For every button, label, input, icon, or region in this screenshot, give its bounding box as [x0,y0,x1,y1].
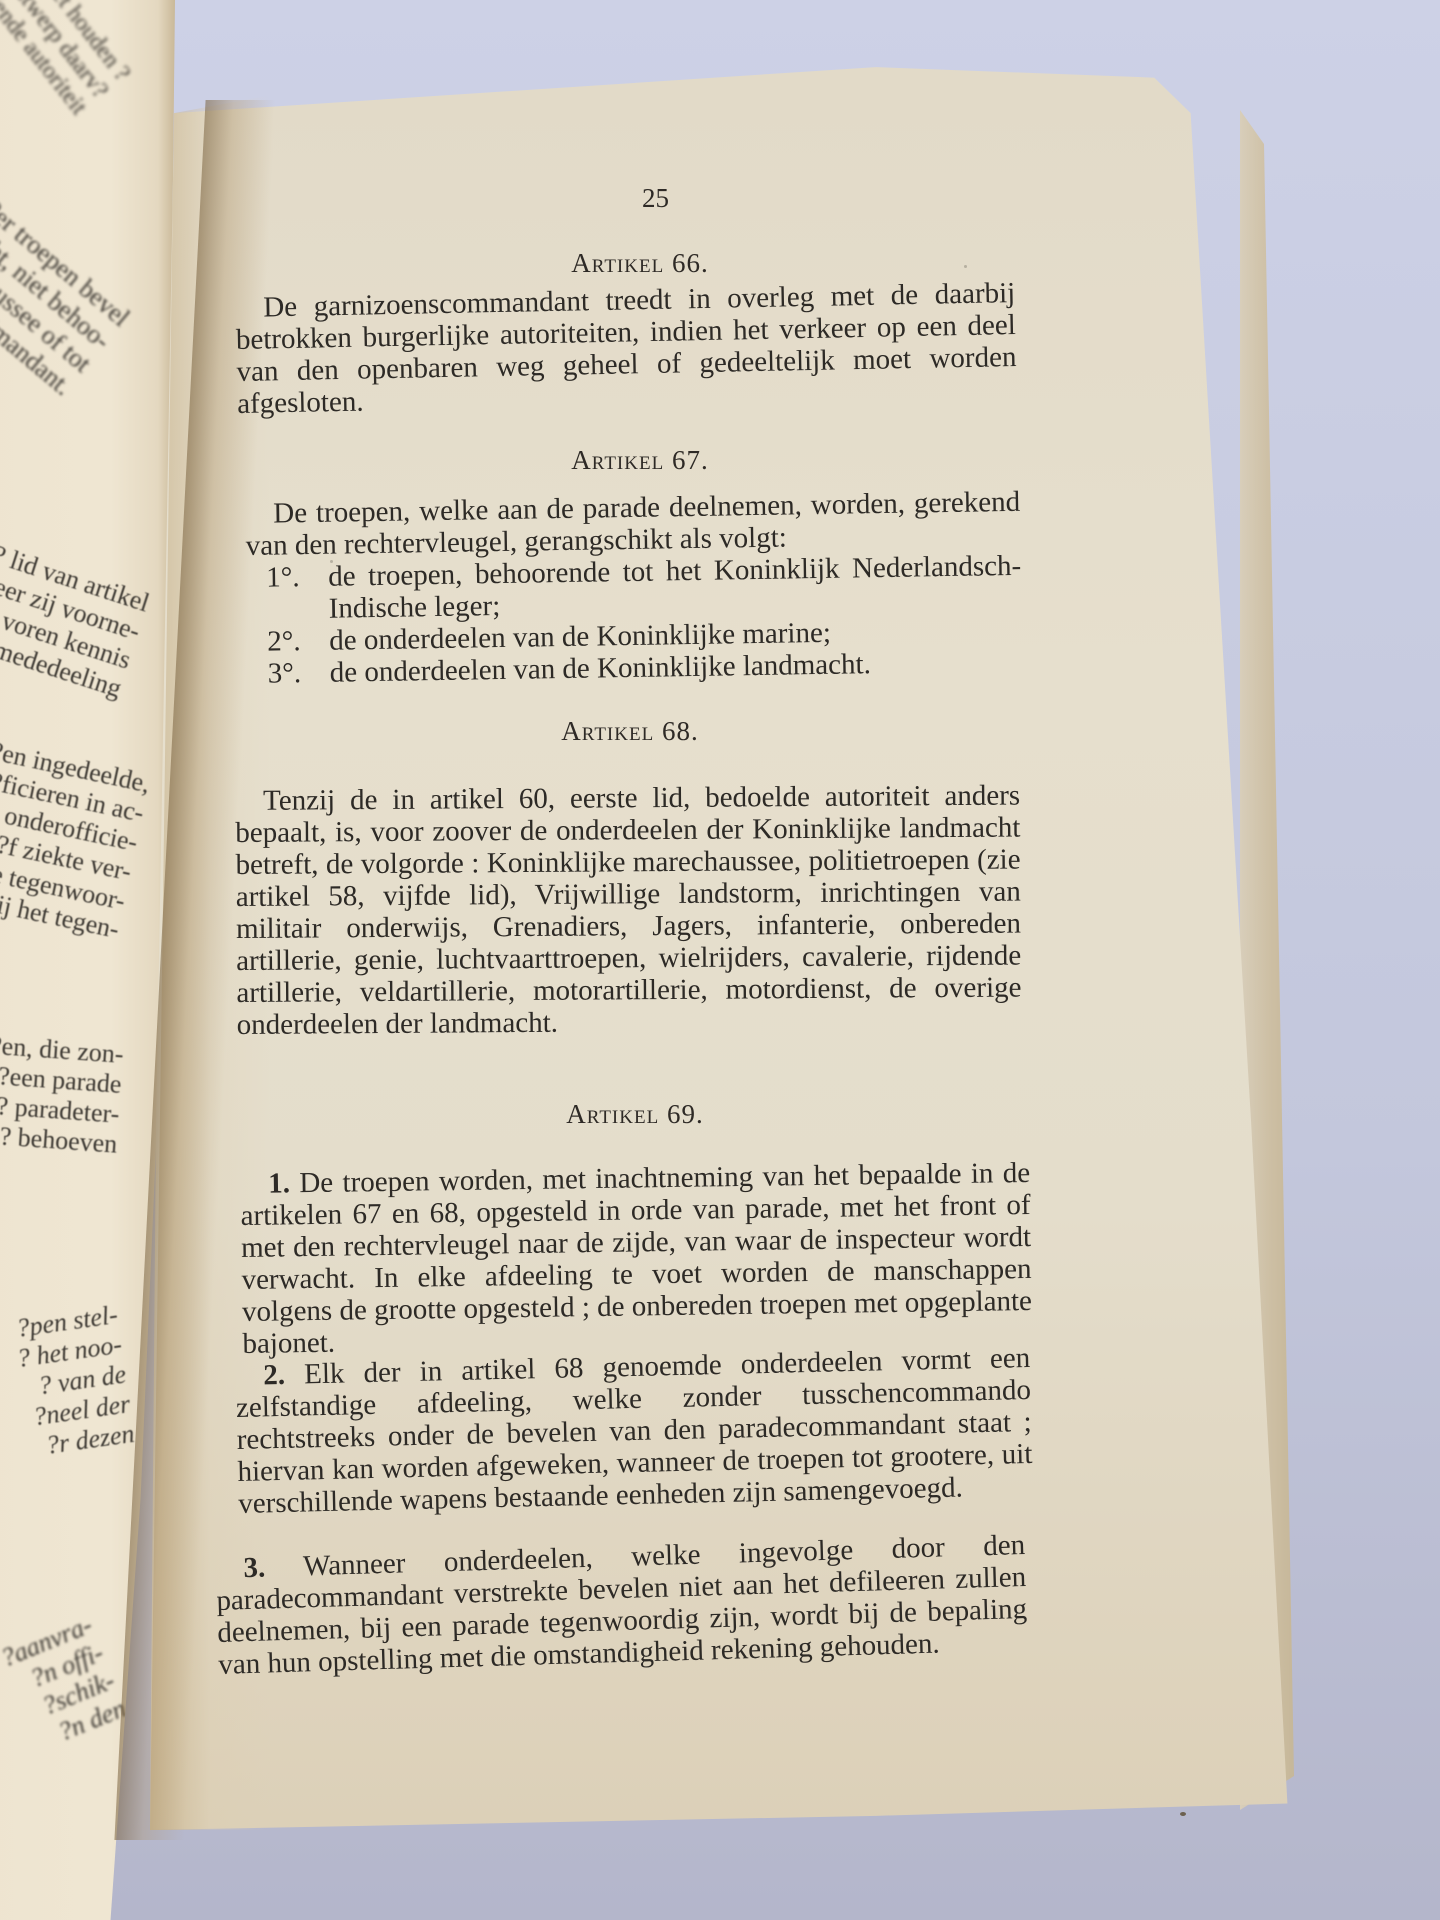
facing-page-fragment: ?en, die zon- ?een parade ? paradeter- ?… [0,1031,125,1160]
article-69-clause-1: 1. De troepen worden, met inachtneming v… [240,1157,1033,1360]
enumerated-item: 1°. de troepen, behoorende tot het Konin… [246,550,1022,626]
article-68-heading: Artikel 68. [245,715,1015,747]
article-68-body: Tenzij de in artikel 60, eerste lid, bed… [235,780,1022,1041]
article-67-intro: De troepen, welke aan de parade deelneme… [245,486,1021,562]
facing-page-fragment: ?en ingedeelde, ?ficieren in ac- ? onder… [0,736,153,945]
article-66-paragraph: De garnizoenscommandant treedt in overle… [235,277,1017,420]
facing-page-fragment: ? lid van artikel ?eer zij voorne- ?e vo… [0,539,153,703]
item-marker: 2°. [247,625,329,658]
page-number: 25 [642,183,669,214]
paragraph-text: Tenzij de in artikel 60, eerste lid, bed… [235,780,1021,1041]
article-67-body: De troepen, welke aan de parade deelneme… [245,486,1023,690]
article-69-clause-2: 2. Elk der in artikel 68 genoemde onderd… [235,1342,1033,1520]
clause-number: 3. [243,1552,266,1585]
item-marker: 1°. [246,561,329,626]
clause-text: Wanneer onderdeelen, welke ingevolge doo… [216,1529,1028,1681]
clause-paragraph: 2. Elk der in artikel 68 genoemde onderd… [235,1342,1033,1520]
clause-paragraph: 1. De troepen worden, met inachtneming v… [240,1157,1033,1360]
clause-number: 2. [263,1359,285,1391]
paper-speck [1180,1812,1186,1816]
clause-text: De troepen worden, met inachtneming van … [240,1157,1032,1360]
facing-page-fragment: ?ee het houden ? ?et ontwerp daarv? ?bet… [0,0,135,121]
article-66-heading: Artikel 66. [255,247,1025,279]
article-69-clause-3: 3. Wanneer onderdeelen, welke ingevolge … [215,1529,1028,1681]
article-69-heading: Artikel 69. [250,1098,1020,1130]
paragraph-text: De troepen, welke aan de parade deelneme… [246,486,1021,562]
clause-paragraph: 3. Wanneer onderdeelen, welke ingevolge … [215,1529,1028,1681]
article-68-paragraph: Tenzij de in artikel 60, eerste lid, bed… [235,780,1022,1041]
item-marker: 3°. [248,657,330,690]
article-67-heading: Artikel 67. [255,444,1025,476]
paragraph-text: De garnizoenscommandant treedt in overle… [236,277,1017,420]
item-text: de troepen, behoorende tot het Koninklij… [328,550,1022,625]
facing-page-fragment: ?pen stel- ? het noo- ? van de ?neel der… [11,1300,136,1463]
facing-page-fragment: ?er troepen bevel ?acht, niet behoo- ?re… [0,190,135,401]
facing-page-fragment: ?aanvra- ?n offi- ?schik- ?n den [0,1610,130,1757]
article-66-body: De garnizoenscommandant treedt in overle… [235,277,1017,420]
clause-number: 1. [268,1167,290,1199]
clause-text: Elk der in artikel 68 genoemde onderdeel… [236,1342,1033,1520]
